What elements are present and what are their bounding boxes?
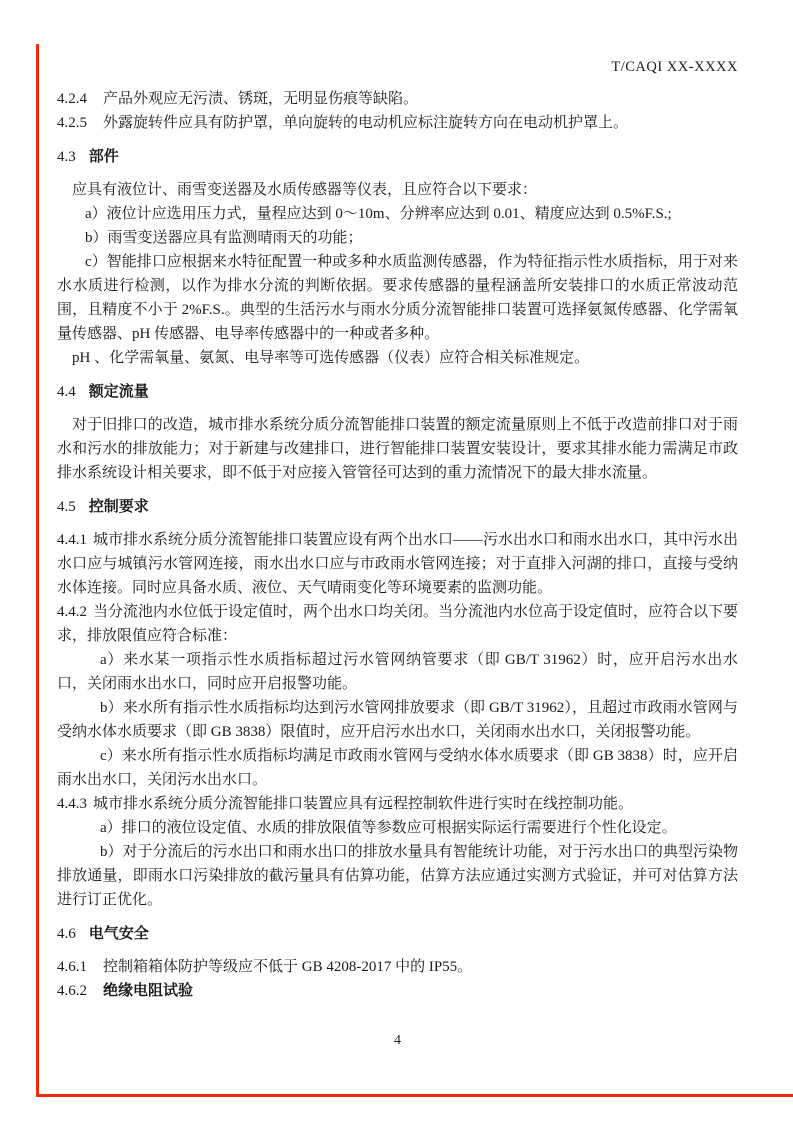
section-number: 4.5 — [57, 499, 76, 515]
section-title: 部件 — [89, 148, 119, 165]
section-heading-4-3: 4.3部件 — [57, 145, 738, 169]
page-number: 4 — [57, 1032, 738, 1050]
list-item-4-3-a: a）液位计应选用压力式，量程应达到 0～10m、分辨率应达到 0.01、精度应达… — [57, 202, 738, 226]
page-content: T/CAQI XX-XXXX 4.2.4产品外观应无污渍、锈斑，无明显伤痕等缺陷… — [57, 58, 738, 1003]
clause-4-6-1: 4.6.1控制箱箱体防护等级应不低于 GB 4208-2017 中的 IP55。 — [57, 955, 738, 979]
crop-border-bottom — [36, 1094, 793, 1097]
clause-4-6-2: 4.6.2绝缘电阻试验 — [57, 979, 738, 1003]
section-title: 控制要求 — [89, 498, 149, 515]
document-page: T/CAQI XX-XXXX 4.2.4产品外观应无污渍、锈斑，无明显伤痕等缺陷… — [0, 0, 793, 1122]
section-title: 额定流量 — [89, 383, 149, 400]
list-item-4-3-b: b）雨雪变送器应具有监测晴雨天的功能； — [57, 226, 738, 250]
paragraph-4-3-ph: pH 、化学需氧量、氨氮、电导率等可选传感器（仪表）应符合相关标准规定。 — [57, 346, 738, 370]
standard-code: T/CAQI XX-XXXX — [611, 59, 738, 75]
list-item-4-4-3-a: a）排口的液位设定值、水质的排放限值等参数应可根据实际运行需要进行个性化设定。 — [57, 816, 738, 840]
clause-4-4-3: 4.4.3城市排水系统分质分流智能排口装置应具有远程控制软件进行实时在线控制功能… — [57, 792, 738, 816]
clause-4-4-1: 4.4.1城市排水系统分质分流智能排口装置应设有两个出水口——污水出水口和雨水出… — [57, 528, 738, 600]
clause-text: 控制箱箱体防护等级应不低于 GB 4208-2017 中的 IP55。 — [103, 959, 472, 975]
clause-number: 4.2.5 — [57, 115, 87, 131]
section-number: 4.6 — [57, 926, 76, 942]
list-item-4-3-c: c）智能排口应根据来水特征配置一种或多种水质监测传感器，作为特征指示性水质指标，… — [57, 250, 738, 346]
list-item-4-4-3-b: b）对于分流后的污水出口和雨水出口的排放水量具有智能统计功能，对于污水出口的典型… — [57, 840, 738, 912]
list-item-4-4-2-a: a）来水某一项指示性水质指标超过污水管网纳管要求（即 GB/T 31962）时，… — [57, 648, 738, 696]
list-item-4-4-2-b: b）来水所有指示性水质指标均达到污水管网排放要求（即 GB/T 31962），且… — [57, 696, 738, 744]
clause-number: 4.2.4 — [57, 91, 87, 107]
clause-text: 产品外观应无污渍、锈斑，无明显伤痕等缺陷。 — [103, 91, 418, 107]
paragraph-4-3-intro: 应具有液位计、雨雪变送器及水质传感器等仪表，且应符合以下要求： — [57, 178, 738, 202]
section-heading-4-6: 4.6电气安全 — [57, 922, 738, 946]
clause-number: 4.4.2 — [57, 604, 87, 620]
section-number: 4.4 — [57, 384, 76, 400]
clause-text: 城市排水系统分质分流智能排口装置应设有两个出水口——污水出水口和雨水出水口，其中… — [57, 532, 738, 596]
clause-text: 当分流池内水位低于设定值时，两个出水口均关闭。当分流池内水位高于设定值时，应符合… — [57, 604, 738, 644]
clause-4-2-4: 4.2.4产品外观应无污渍、锈斑，无明显伤痕等缺陷。 — [57, 87, 738, 111]
section-heading-4-4: 4.4额定流量 — [57, 380, 738, 404]
page-header: T/CAQI XX-XXXX — [57, 58, 738, 76]
clause-text: 城市排水系统分质分流智能排口装置应具有远程控制软件进行实时在线控制功能。 — [93, 796, 633, 812]
section-number: 4.3 — [57, 149, 76, 165]
clause-number: 4.6.1 — [57, 959, 87, 975]
clause-4-4-2: 4.4.2当分流池内水位低于设定值时，两个出水口均关闭。当分流池内水位高于设定值… — [57, 600, 738, 648]
crop-border-left — [36, 44, 39, 1097]
clause-number: 4.6.2 — [57, 983, 87, 999]
clause-text: 外露旋转件应具有防护罩，单向旋转的电动机应标注旋转方向在电动机护罩上。 — [103, 115, 628, 131]
section-title: 电气安全 — [89, 925, 149, 942]
clause-number: 4.4.1 — [57, 532, 87, 548]
section-heading-4-5: 4.5控制要求 — [57, 495, 738, 519]
clause-number: 4.4.3 — [57, 796, 87, 812]
paragraph-4-4: 对于旧排口的改造，城市排水系统分质分流智能排口装置的额定流量原则上不低于改造前排… — [57, 413, 738, 485]
clause-title: 绝缘电阻试验 — [103, 982, 193, 999]
clause-4-2-5: 4.2.5外露旋转件应具有防护罩，单向旋转的电动机应标注旋转方向在电动机护罩上。 — [57, 111, 738, 135]
list-item-4-4-2-c: c）来水所有指示性水质指标均满足市政雨水管网与受纳水体水质要求（即 GB 383… — [57, 744, 738, 792]
